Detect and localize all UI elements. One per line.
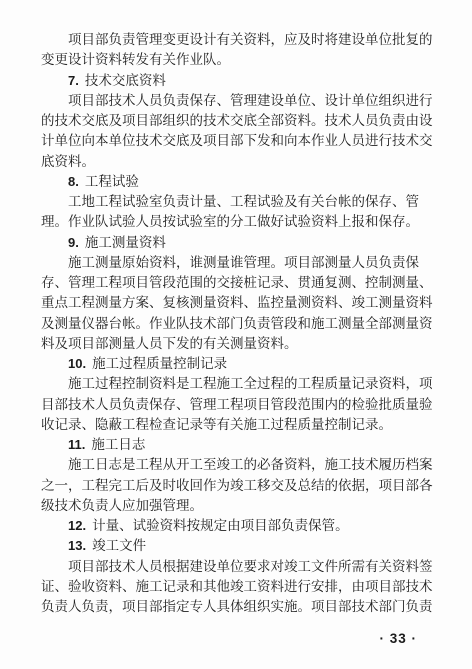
text-line: 级技术负责人应加强管理。 [41, 496, 434, 516]
section-title: 施工过程质量控制记录 [92, 356, 227, 371]
text-line: 存、管理工程项目管段范围的交接桩记录、贯通复测、控制测量、 [41, 273, 434, 293]
text-line: 施工测量原始资料，谁测量谁管理。项目部测量人员负责保 [41, 253, 434, 273]
section-number: 9. [68, 235, 79, 250]
section-title: 竣工文件 [92, 538, 146, 553]
paragraph: 项目部负责管理变更设计有关资料，应及时将建设单位批复的 变更设计资料转发有关作业… [41, 30, 434, 71]
section-title: 工程试验 [85, 174, 139, 189]
page-number: · 33 · [379, 631, 417, 646]
heading-line: 7.技术交底资料 [41, 71, 434, 91]
text-line: 变更设计资料转发有关作业队。 [41, 50, 434, 70]
text-line: 的技术交底及项目部组织的技术交底全部资料。技术人员负责由设 [41, 111, 434, 131]
section-title: 施工日志 [91, 437, 145, 452]
text-line: 目部技术人员负责保存、管理工程项目管段范围内的检验批质量验 [41, 395, 434, 415]
section-number: 10. [68, 356, 86, 371]
text-line: 及测量仪器台帐。作业队技术部门负责管段和施工测量全部测量资 [41, 314, 434, 334]
heading-line: 9.施工测量资料 [41, 233, 434, 253]
section-number: 11. [68, 437, 85, 452]
section-heading: 7.技术交底资料 [41, 71, 434, 91]
section-heading: 11.施工日志 [41, 435, 434, 455]
heading-line: 12.计量、试验资料按规定由项目部负责保管。 [41, 516, 434, 536]
text-line: 收记录、隐蔽工程检查记录等有关施工过程质量控制记录。 [41, 415, 434, 435]
text-line: 项目部技术人员根据建设单位要求对竣工文件所需有关资料签 [41, 557, 434, 577]
section-heading: 9.施工测量资料 [41, 233, 434, 253]
paragraph: 施工过程控制资料是工程施工全过程的工程质量记录资料，项 目部技术人员负责保存、管… [41, 374, 434, 435]
section-title: 施工测量资料 [85, 235, 166, 250]
section-number: 13. [68, 538, 86, 553]
heading-line: 11.施工日志 [41, 435, 434, 455]
text-line: 施工日志是工程从开工至竣工的必备资料，施工技术履历档案 [41, 455, 434, 475]
heading-line: 8.工程试验 [41, 172, 434, 192]
section-title: 计量、试验资料按规定由项目部负责保管。 [92, 518, 349, 533]
section-number: 7. [68, 73, 79, 88]
section-heading: 10.施工过程质量控制记录 [41, 354, 434, 374]
paragraph: 工地工程试验室负责计量、工程试验及有关台帐的保存、管 理。作业队试验人员按试验室… [41, 192, 434, 233]
text-line: 理。作业队试验人员按试验室的分工做好试验资料上报和保存。 [41, 212, 434, 232]
paragraph: 项目部技术人员根据建设单位要求对竣工文件所需有关资料签 证、验收资料、施工记录和… [41, 557, 434, 618]
text-line: 重点工程测量方案、复核测量资料、监控量测资料、竣工测量资料 [41, 293, 434, 313]
text-line: 料及项目部测量人员下发的有关测量资料。 [41, 334, 434, 354]
paragraph: 项目部技术人员负责保存、管理建设单位、设计单位组织进行 的技术交底及项目部组织的… [41, 91, 434, 172]
text-block: 项目部负责管理变更设计有关资料，应及时将建设单位批复的 变更设计资料转发有关作业… [41, 30, 434, 617]
text-line: 工地工程试验室负责计量、工程试验及有关台帐的保存、管 [41, 192, 434, 212]
text-line: 底资料。 [41, 152, 434, 172]
text-line: 负责人负责，项目部指定专人具体组织实施。项目部技术部门负责 [41, 597, 434, 617]
text-line: 施工过程控制资料是工程施工全过程的工程质量记录资料，项 [41, 374, 434, 394]
text-line: 项目部负责管理变更设计有关资料，应及时将建设单位批复的 [41, 30, 434, 50]
section-number: 8. [68, 174, 79, 189]
paragraph: 施工日志是工程从开工至竣工的必备资料，施工技术履历档案 之一，工程完工后及时收回… [41, 455, 434, 516]
paragraph: 施工测量原始资料，谁测量谁管理。项目部测量人员负责保 存、管理工程项目管段范围的… [41, 253, 434, 354]
text-line: 项目部技术人员负责保存、管理建设单位、设计单位组织进行 [41, 91, 434, 111]
text-line: 证、验收资料、施工记录和其他竣工资料进行安排，由项目部技术 [41, 577, 434, 597]
section-number: 12. [68, 518, 86, 533]
heading-line: 13.竣工文件 [41, 536, 434, 556]
section-heading: 8.工程试验 [41, 172, 434, 192]
section-heading: 12.计量、试验资料按规定由项目部负责保管。 [41, 516, 434, 536]
heading-line: 10.施工过程质量控制记录 [41, 354, 434, 374]
section-title: 技术交底资料 [85, 73, 166, 88]
text-line: 之一，工程完工后及时收回作为竣工移交及总结的依据，项目部各 [41, 476, 434, 496]
text-line: 计单位向本单位技术交底及项目部下发和向本作业人员进行技术交 [41, 131, 434, 151]
document-page: 项目部负责管理变更设计有关资料，应及时将建设单位批复的 变更设计资料转发有关作业… [0, 0, 472, 669]
section-heading: 13.竣工文件 [41, 536, 434, 556]
